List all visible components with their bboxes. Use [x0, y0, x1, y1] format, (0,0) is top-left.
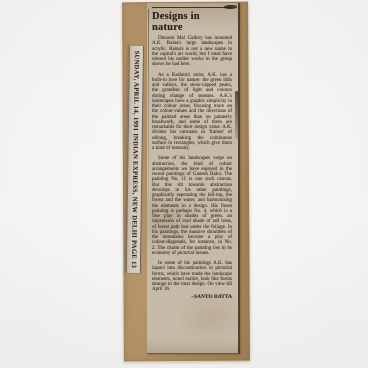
newspaper-clipping: Designs in nature Dhoomi Mal Gallery has…	[147, 3, 240, 354]
article-paragraph-1: Dhoomi Mal Gallery has mounted A.K. Rain…	[152, 36, 232, 68]
column-rule	[148, 9, 149, 224]
article-paragraph-4: In some of his paintings A.K. has lapsed…	[152, 261, 232, 293]
article-paragraph-2: As a Kashmiri artist, A.K. has a built-i…	[152, 73, 232, 152]
scanned-page: Designs in nature Dhoomi Mal Gallery has…	[0, 0, 368, 368]
ink-smudge	[224, 5, 237, 9]
article-headline: Designs in nature	[152, 7, 232, 33]
article-body: Dhoomi Mal Gallery has mounted A.K. Rain…	[152, 36, 232, 293]
masthead-date-strip: SUNDAY, APRIL 14, 1991 INDIAN EXPRESS, N…	[126, 46, 144, 273]
masthead-date-text: SUNDAY, APRIL 14, 1991 INDIAN EXPRESS, N…	[130, 51, 140, 269]
article-paragraph-3: Some of his landscapes verge on abstract…	[152, 156, 232, 256]
edge-ink-mark	[235, 91, 238, 139]
article-byline: –SANTO DATTA	[152, 294, 232, 300]
